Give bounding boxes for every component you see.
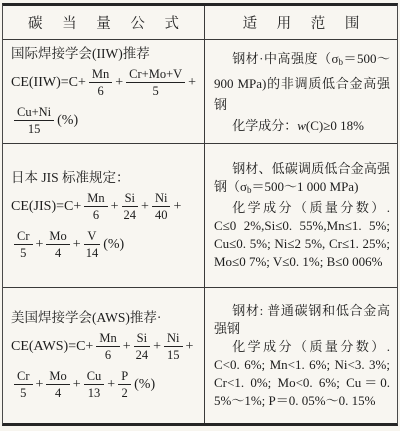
fraction: Si24	[134, 331, 151, 363]
formula-line: CE(JIS)=C+Mn6+Si24+Ni40+	[11, 188, 200, 226]
fraction-numerator: Cr	[14, 229, 33, 245]
fraction: Cu13	[84, 369, 105, 401]
fraction-denominator: 14	[84, 245, 101, 260]
subscript: b	[339, 57, 344, 67]
table-row: 国际焊接学会(IIW)推荐 CE(IIW)=C+Mn6+Cr+Mo+V5+Cu+…	[3, 40, 397, 144]
fraction-denominator: 40	[152, 207, 171, 222]
fraction: Ni15	[164, 331, 183, 363]
formula-cell: 美国焊接学会(AWS)推荐· CE(AWS)=C+Mn6+Si24+Ni15+C…	[3, 288, 204, 423]
fraction-numerator: Mn	[96, 331, 119, 347]
scope-paragraph: 化学成分（质量分数）. C≤0 2%,Si≤0. 55%,Mn≤1. 5%; C…	[214, 199, 390, 271]
formula-cell: 日本 JIS 标准规定： CE(JIS)=C+Mn6+Si24+Ni40+Cr5…	[3, 144, 204, 287]
fraction: Cr5	[14, 229, 33, 261]
fraction-denominator: 5	[14, 385, 33, 400]
fraction-denominator: 4	[46, 385, 69, 400]
fraction: Mn6	[96, 331, 119, 363]
fraction-denominator: 2	[118, 385, 131, 400]
fraction: Mn6	[84, 191, 107, 223]
fraction: Ni40	[152, 191, 171, 223]
fraction-numerator: Mn	[89, 67, 112, 83]
fraction-numerator: Mn	[84, 191, 107, 207]
fraction: P2	[118, 369, 131, 401]
fraction: Mo4	[46, 369, 69, 401]
fraction-numerator: V	[84, 229, 101, 245]
fraction-numerator: Si	[122, 191, 139, 207]
fraction-denominator: 6	[89, 83, 112, 98]
fraction-denominator: 15	[164, 347, 183, 362]
fraction-denominator: 5	[126, 83, 185, 98]
fraction: Si24	[122, 191, 139, 223]
header-scope-column: 适 用 范 围	[204, 6, 397, 39]
fraction-numerator: Si	[134, 331, 151, 347]
fraction-denominator: 5	[14, 245, 33, 260]
fraction-denominator: 24	[134, 347, 151, 362]
formula-line: Cu+Ni15(%)	[11, 102, 200, 140]
fraction-numerator: Mo	[46, 229, 69, 245]
scope-cell: 钢材: 普通碳钢和低合金高强钢化学成分（质量分数）. C<0. 6%; Mn<1…	[204, 288, 397, 423]
fraction-numerator: Mo	[46, 369, 69, 385]
table-header-row: 碳 当 量 公 式 适 用 范 围	[3, 6, 397, 40]
scope-paragraph: 化学成分（质量分数）. C<0. 6%; Mn<1. 6%; Ni<3. 3%;…	[214, 338, 390, 410]
header-formula-column: 碳 当 量 公 式	[3, 6, 204, 39]
scope-cell: 钢材、低碳调质低合金高强钢（σb＝500～1 000 MPa)化学成分（质量分数…	[204, 144, 397, 287]
formula-title: 美国焊接学会(AWS)推荐·	[11, 308, 200, 328]
formula-line: Cr5+Mo4+V14(%)	[11, 226, 200, 264]
fraction: Cr+Mo+V5	[126, 67, 185, 99]
scope-paragraph: 化学成分：w(C)≥0 18%	[214, 115, 390, 136]
fraction: Cr5	[14, 369, 33, 401]
scope-paragraph: 钢材: 普通碳钢和低合金高强钢	[214, 302, 390, 338]
subscript: b	[247, 185, 252, 195]
fraction-denominator: 24	[122, 207, 139, 222]
fraction-denominator: 6	[84, 207, 107, 222]
fraction-numerator: Cu	[84, 369, 105, 385]
fraction-numerator: P	[118, 369, 131, 385]
fraction-denominator: 13	[84, 385, 105, 400]
formula-title: 国际焊接学会(IIW)推荐	[11, 44, 200, 64]
formula-line: CE(IIW)=C+Mn6+Cr+Mo+V5+	[11, 64, 200, 102]
table-row: 美国焊接学会(AWS)推荐· CE(AWS)=C+Mn6+Si24+Ni15+C…	[3, 288, 397, 423]
fraction-numerator: Ni	[164, 331, 183, 347]
fraction-numerator: Ni	[152, 191, 171, 207]
table-row: 日本 JIS 标准规定： CE(JIS)=C+Mn6+Si24+Ni40+Cr5…	[3, 144, 397, 288]
formula-cell: 国际焊接学会(IIW)推荐 CE(IIW)=C+Mn6+Cr+Mo+V5+Cu+…	[3, 40, 204, 143]
scope-paragraph: 钢材·中高强度（σb＝500～900 MPa)的非调质低合金高强钢	[214, 48, 390, 115]
formula-title: 日本 JIS 标准规定：	[11, 168, 200, 188]
scope-paragraph: 钢材、低碳调质低合金高强钢（σb＝500～1 000 MPa)	[214, 160, 390, 199]
fraction: Mo4	[46, 229, 69, 261]
fraction-denominator: 15	[14, 121, 54, 136]
fraction-denominator: 4	[46, 245, 69, 260]
variable: w	[297, 118, 306, 133]
fraction: Mn6	[89, 67, 112, 99]
fraction-numerator: Cr+Mo+V	[126, 67, 185, 83]
scope-cell: 钢材·中高强度（σb＝500～900 MPa)的非调质低合金高强钢化学成分：w(…	[204, 40, 397, 143]
fraction-numerator: Cr	[14, 369, 33, 385]
formula-line: CE(AWS)=C+Mn6+Si24+Ni15+	[11, 328, 200, 366]
formula-line: Cr5+Mo4+Cu13+P2(%)	[11, 366, 200, 404]
carbon-equivalent-table: 碳 当 量 公 式 适 用 范 围 国际焊接学会(IIW)推荐 CE(IIW)=…	[2, 3, 398, 426]
fraction-denominator: 6	[96, 347, 119, 362]
fraction: Cu+Ni15	[14, 105, 54, 137]
fraction: V14	[84, 229, 101, 261]
fraction-numerator: Cu+Ni	[14, 105, 54, 121]
